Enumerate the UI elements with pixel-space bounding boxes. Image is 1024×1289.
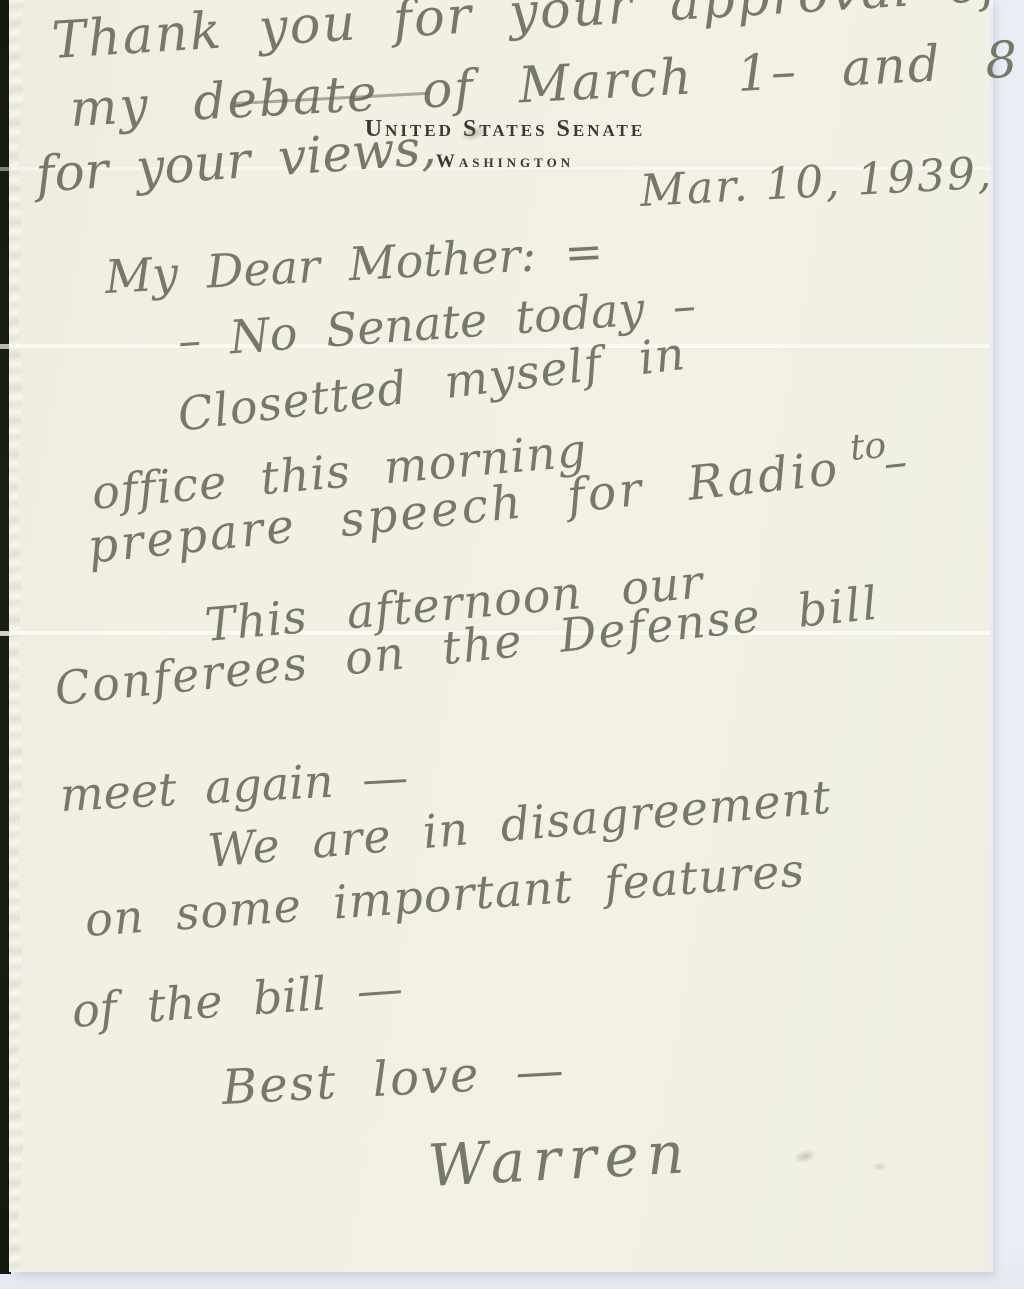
signature: Warren [426,1118,693,1200]
scanned-letter-screenshot: { "letterhead": { "line1": "United State… [0,0,1024,1289]
